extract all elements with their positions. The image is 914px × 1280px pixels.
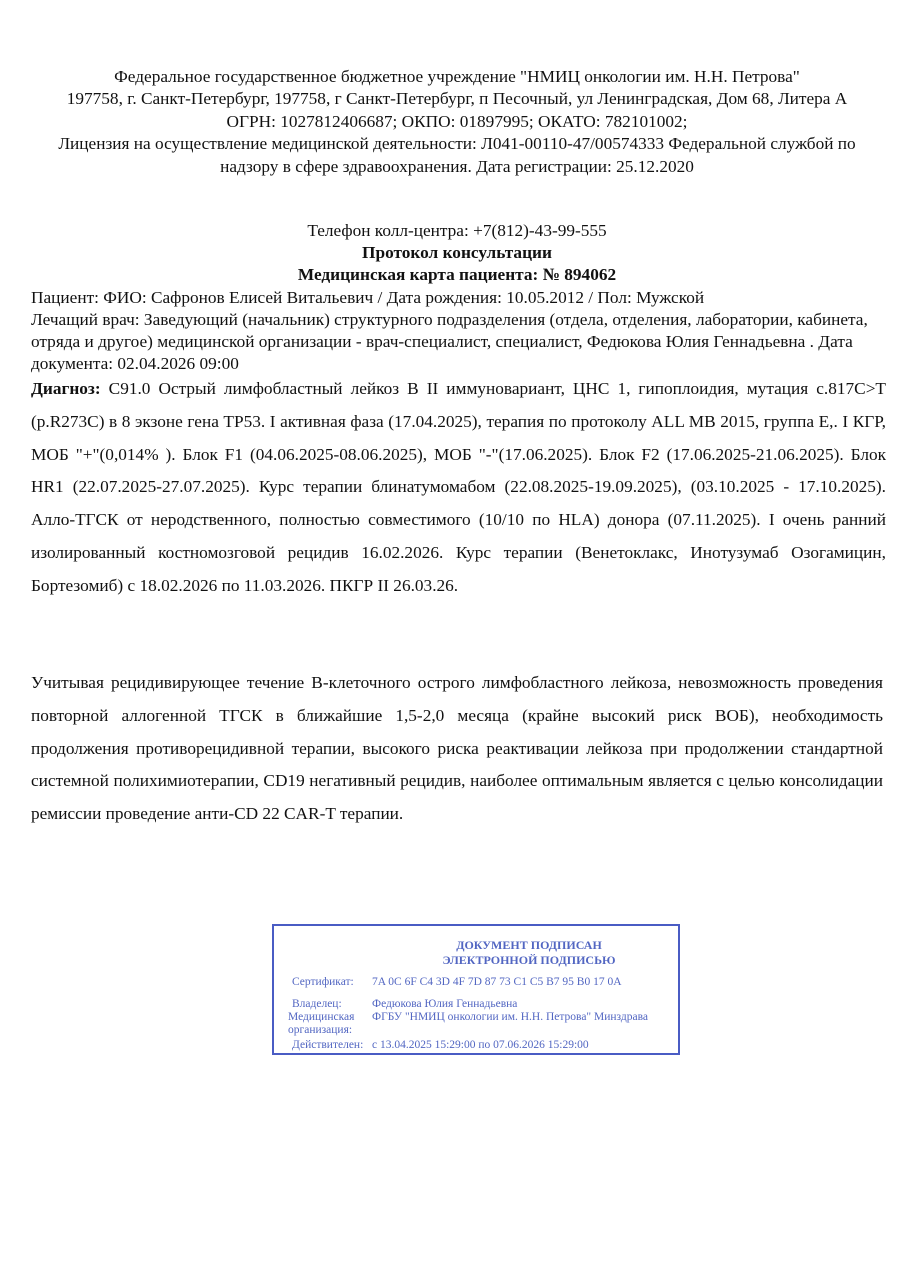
org-label-line1: Медицинская: [288, 1011, 354, 1024]
patient-info: Пациент: ФИО: Сафронов Елисей Витальевич…: [31, 287, 886, 375]
document-page: Федеральное государственное бюджетное уч…: [0, 0, 914, 1280]
institution-address: 197758, г. Санкт-Петербург, 197758, г Са…: [32, 88, 882, 110]
institution-codes: ОГРН: 1027812406687; ОКПО: 01897995; ОКА…: [32, 111, 882, 133]
org-value: ФГБУ "НМИЦ онкологии им. Н.Н. Петрова" М…: [372, 1011, 648, 1024]
validity-value: с 13.04.2025 15:29:00 по 07.06.2026 15:2…: [372, 1039, 589, 1052]
validity-label: Действителен:: [292, 1039, 363, 1052]
certificate-label: Сертификат:: [292, 976, 354, 989]
conclusion-paragraph: Учитывая рецидивирующее течение В-клеточ…: [31, 667, 883, 831]
institution-license: Лицензия на осуществление медицинской де…: [32, 133, 882, 178]
electronic-signature-stamp: ДОКУМЕНТ ПОДПИСАН ЭЛЕКТРОННОЙ ПОДПИСЬЮ С…: [272, 924, 680, 1055]
stamp-title-line1: ДОКУМЕНТ ПОДПИСАН: [414, 938, 644, 953]
diagnosis-section: Диагноз: C91.0 Острый лимфобластный лейк…: [31, 373, 886, 603]
org-label-line2: организация:: [288, 1024, 352, 1037]
diagnosis-text: C91.0 Острый лимфобластный лейкоз В II и…: [31, 379, 886, 595]
document-heading: Телефон колл-центра: +7(812)-43-99-555 П…: [32, 220, 882, 286]
diagnosis-label: Диагноз:: [31, 379, 101, 398]
patient-line: Пациент: ФИО: Сафронов Елисей Витальевич…: [31, 287, 886, 309]
owner-label: Владелец:: [292, 998, 342, 1011]
call-center-phone: Телефон колл-центра: +7(812)-43-99-555: [32, 220, 882, 242]
document-title: Протокол консультации: [32, 242, 882, 264]
institution-name: Федеральное государственное бюджетное уч…: [32, 66, 882, 88]
stamp-title: ДОКУМЕНТ ПОДПИСАН ЭЛЕКТРОННОЙ ПОДПИСЬЮ: [414, 938, 644, 968]
medical-card-number: Медицинская карта пациента: № 894062: [32, 264, 882, 286]
stamp-title-line2: ЭЛЕКТРОННОЙ ПОДПИСЬЮ: [414, 953, 644, 968]
certificate-value: 7A 0C 6F C4 3D 4F 7D 87 73 C1 C5 B7 95 B…: [372, 976, 622, 989]
attending-doctor: Лечащий врач: Заведующий (начальник) стр…: [31, 309, 886, 375]
institution-header: Федеральное государственное бюджетное уч…: [32, 66, 882, 178]
owner-value: Федюкова Юлия Геннадьевна: [372, 998, 517, 1011]
